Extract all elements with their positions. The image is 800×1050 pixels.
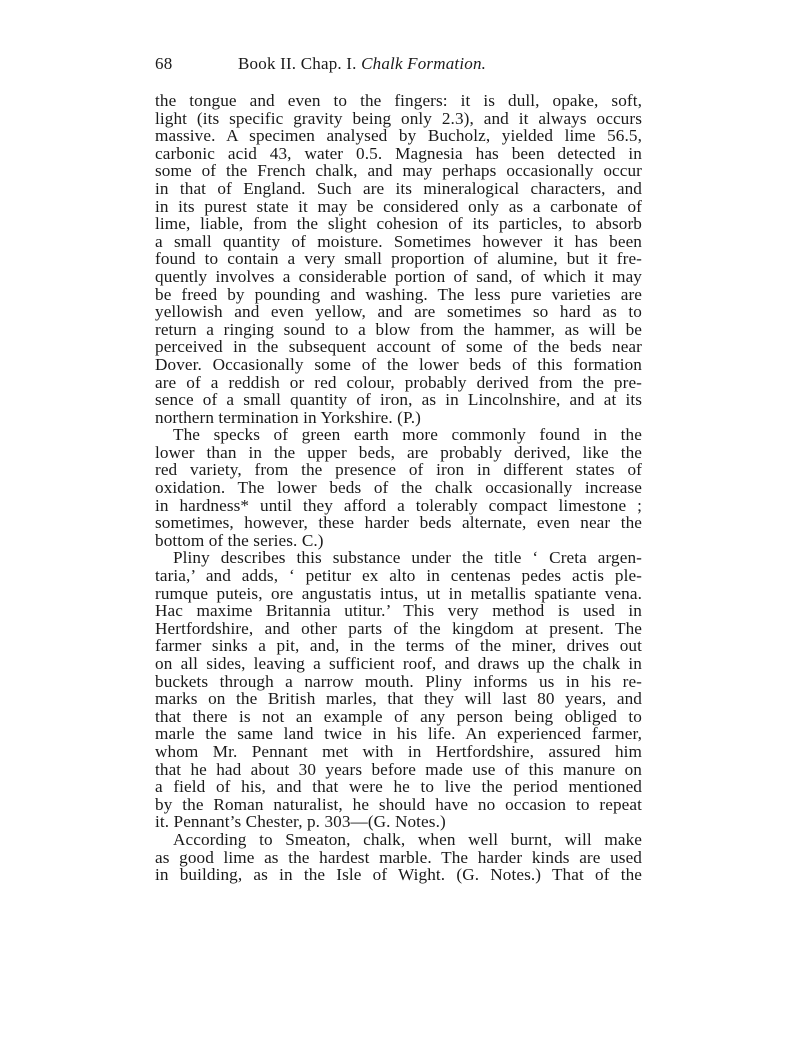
- chapter-label: Chap. I.: [301, 54, 357, 73]
- text-line: carbonic acid 43, water 0.5. Magnesia ha…: [155, 145, 642, 163]
- text-line: farmer sinks a pit, and, in the terms of…: [155, 637, 642, 655]
- book-label: Book II.: [238, 54, 296, 73]
- text-line: on all sides, leaving a sufficient roof,…: [155, 655, 642, 673]
- text-line: a field of his, and that were he to live…: [155, 778, 642, 796]
- text-line: yellowish and even yellow, and are somet…: [155, 303, 642, 321]
- text-line: marks on the British marles, that they w…: [155, 690, 642, 708]
- text-line: perceived in the subsequent account of s…: [155, 338, 642, 356]
- text-line: the tongue and even to the fingers: it i…: [155, 92, 642, 110]
- text-line: are of a reddish or red colour, probably…: [155, 374, 642, 392]
- text-line: it. Pennant’s Chester, p. 303—(G. Notes.…: [155, 813, 642, 831]
- text-line: in that of England. Such are its mineral…: [155, 180, 642, 198]
- page-number: 68: [155, 54, 172, 74]
- text-line: lime, liable, from the slight cohesion o…: [155, 215, 642, 233]
- text-line: buckets through a narrow mouth. Pliny in…: [155, 673, 642, 691]
- text-line: Hac maxime Britannia utitur.’ This very …: [155, 602, 642, 620]
- text-line: Dover. Occasionally some of the lower be…: [155, 356, 642, 374]
- text-line: red variety, from the presence of iron i…: [155, 461, 642, 479]
- text-line: The specks of green earth more commonly …: [155, 426, 642, 444]
- text-line: found to contain a very small proportion…: [155, 250, 642, 268]
- text-line: Hertfordshire, and other parts of the ki…: [155, 620, 642, 638]
- text-line: that he had about 30 years before made u…: [155, 761, 642, 779]
- text-line: in its purest state it may be considered…: [155, 198, 642, 216]
- text-line: return a ringing sound to a blow from th…: [155, 321, 642, 339]
- chapter-title: Chalk Formation.: [361, 54, 486, 73]
- text-line: Pliny describes this substance under the…: [155, 549, 642, 567]
- text-line: light (its specific gravity being only 2…: [155, 110, 642, 128]
- chapter-heading: Book II. Chap. I. Chalk Formation.: [238, 54, 486, 74]
- text-line: bottom of the series. C.): [155, 532, 642, 550]
- text-line: northern termination in Yorkshire. (P.): [155, 409, 642, 427]
- text-line: a small quantity of moisture. Sometimes …: [155, 233, 642, 251]
- text-line: quently involves a considerable portion …: [155, 268, 642, 286]
- text-line: by the Roman naturalist, he should have …: [155, 796, 642, 814]
- text-line: that there is not an example of any pers…: [155, 708, 642, 726]
- book-page: 68 Book II. Chap. I. Chalk Formation. th…: [155, 52, 642, 884]
- text-line: in hardness* until they afford a tolerab…: [155, 497, 642, 515]
- text-line: some of the French chalk, and may perhap…: [155, 162, 642, 180]
- text-line: whom Mr. Pennant met with in Hertfordshi…: [155, 743, 642, 761]
- text-line: sometimes, however, these harder beds al…: [155, 514, 642, 532]
- text-line: in building, as in the Isle of Wight. (G…: [155, 866, 642, 884]
- text-line: marle the same land twice in his life. A…: [155, 725, 642, 743]
- text-line: massive. A specimen analysed by Bucholz,…: [155, 127, 642, 145]
- text-line: rumque puteis, ore angustatis intus, ut …: [155, 585, 642, 603]
- text-line: sence of a small quantity of iron, as in…: [155, 391, 642, 409]
- text-line: be freed by pounding and washing. The le…: [155, 286, 642, 304]
- text-line: taria,’ and adds, ‘ petitur ex alto in c…: [155, 567, 642, 585]
- running-head: 68 Book II. Chap. I. Chalk Formation.: [155, 52, 642, 78]
- text-line: lower than in the upper beds, are probab…: [155, 444, 642, 462]
- text-line: as good lime as the hardest marble. The …: [155, 849, 642, 867]
- body-text: the tongue and even to the fingers: it i…: [155, 92, 642, 884]
- text-line: oxidation. The lower beds of the chalk o…: [155, 479, 642, 497]
- text-line: According to Smeaton, chalk, when well b…: [155, 831, 642, 849]
